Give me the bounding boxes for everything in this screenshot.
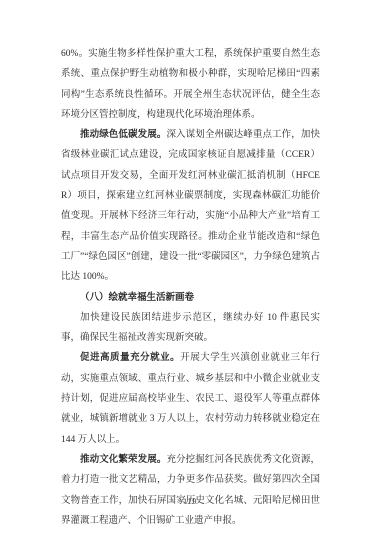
paragraph-green-low-carbon: 推动绿色低碳发展。深入谋划全州碳达峰重点工作，加快省级林业碳汇试点建设，完成国家… bbox=[61, 125, 320, 287]
paragraph-livelihood-intro: 加快建设民族团结进步示范区，继续办好 10 件惠民实事，确保民生福祉改善实现新突… bbox=[61, 308, 320, 349]
paragraph-ecology-continuation: 60%。实施生物多样性保护重大工程，系统保护重要自然生态系统、重点保护野生动植物… bbox=[61, 44, 320, 125]
page-number: 119 bbox=[0, 496, 380, 506]
paragraph-text: 60%。实施生物多样性保护重大工程，系统保护重要自然生态系统、重点保护野生动植物… bbox=[61, 49, 320, 120]
paragraph-lead-text: 推动文化繁荣发展。 bbox=[80, 455, 166, 465]
paragraph-text: 充分挖掘红河各民族优秀文化资源，着力打造一批文艺精品，力争更多作品获奖。做好第四… bbox=[61, 455, 320, 526]
section-heading: （八）绘就幸福生活新画卷 bbox=[61, 288, 320, 308]
paragraph-lead-text: 促进高质量充分就业。 bbox=[80, 353, 180, 363]
paragraph-lead-text: 推动绿色低碳发展。 bbox=[80, 130, 166, 140]
document-page: 60%。实施生物多样性保护重大工程，系统保护重要自然生态系统、重点保护野生动植物… bbox=[0, 0, 380, 537]
paragraph-culture: 推动文化繁荣发展。充分挖掘红河各民族优秀文化资源，着力打造一批文艺精品，力争更多… bbox=[61, 450, 320, 531]
paragraph-employment: 促进高质量充分就业。开展大学生兴滇创业就业三年行动，实施重点领域、重点行业、城乡… bbox=[61, 348, 320, 449]
paragraph-text: 开展大学生兴滇创业就业三年行动，实施重点领域、重点行业、城乡基层和中小微企业就业… bbox=[61, 353, 320, 444]
paragraph-text: 加快建设民族团结进步示范区，继续办好 10 件惠民实事，确保民生福祉改善实现新突… bbox=[61, 313, 320, 343]
page-content: 60%。实施生物多样性保护重大工程，系统保护重要自然生态系统、重点保护野生动植物… bbox=[61, 44, 320, 531]
paragraph-text: 深入谋划全州碳达峰重点工作，加快省级林业碳汇试点建设，完成国家核证自愿减排量（C… bbox=[61, 130, 320, 282]
